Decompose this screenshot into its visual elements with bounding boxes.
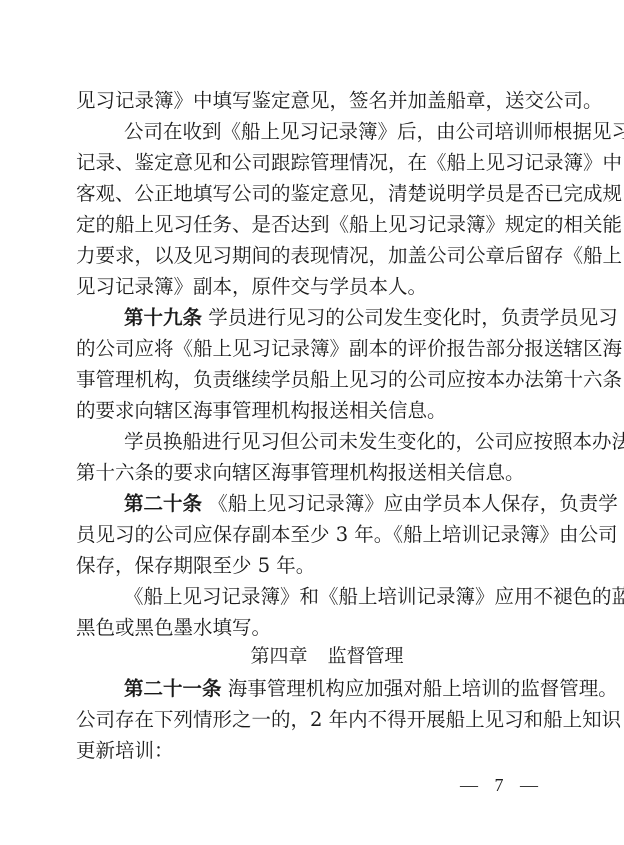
document-page: 见习记录簿》中填写鉴定意见，签名并加盖船章，送交公司。公司在收到《船上见习记录簿… bbox=[0, 0, 624, 845]
line-text: 更新培训： bbox=[76, 739, 174, 762]
text-line: 事管理机构，负责继续学员船上见习的公司应按本办法第十六条 bbox=[76, 364, 542, 395]
line-text: 学员换船进行见习但公司未发生变化的，公司应按照本办法 bbox=[124, 430, 624, 453]
page-number: — 7 — bbox=[460, 772, 544, 798]
text-line: 力要求，以及见习期间的表现情况，加盖公司公章后留存《船上 bbox=[76, 240, 542, 271]
article-paragraph-line: 第二十一条 海事管理机构应加强对船上培训的监督管理。 bbox=[76, 673, 542, 704]
text-line: 学员换船进行见习但公司未发生变化的，公司应按照本办法 bbox=[76, 426, 542, 457]
line-text: 《船上见习记录簿》和《船上培训记录簿》应用不褪色的蓝 bbox=[124, 585, 624, 608]
text-line: 定的船上见习任务、是否达到《船上见习记录簿》规定的相关能 bbox=[76, 209, 542, 240]
line-text: 保存，保存期限至少 5 年。 bbox=[76, 554, 315, 577]
text-line: 的要求向辖区海事管理机构报送相关信息。 bbox=[76, 395, 542, 426]
text-line: 黑色或黑色墨水填写。 bbox=[76, 612, 542, 643]
line-text: 第十六条的要求向辖区海事管理机构报送相关信息。 bbox=[76, 461, 525, 484]
article-number: 第十九条 bbox=[124, 306, 202, 329]
line-text: 的要求向辖区海事管理机构报送相关信息。 bbox=[76, 399, 447, 422]
text-line: 见习记录簿》中填写鉴定意见，签名并加盖船章，送交公司。 bbox=[76, 85, 542, 116]
article-paragraph-line: 第十九条 学员进行见习的公司发生变化时，负责学员见习 bbox=[76, 302, 542, 333]
line-text: 公司在收到《船上见习记录簿》后，由公司培训师根据见习 bbox=[124, 120, 624, 143]
chapter-number: 第四章 bbox=[250, 645, 307, 667]
line-text: 海事管理机构应加强对船上培训的监督管理。 bbox=[222, 677, 618, 700]
line-text: 力要求，以及见习期间的表现情况，加盖公司公章后留存《船上 bbox=[76, 244, 622, 267]
text-line: 公司在收到《船上见习记录簿》后，由公司培训师根据见习 bbox=[76, 116, 542, 147]
text-line: 见习记录簿》副本，原件交与学员本人。 bbox=[76, 271, 542, 302]
line-text: 见习记录簿》中填写鉴定意见，签名并加盖船章，送交公司。 bbox=[76, 89, 603, 112]
line-text: 记录、鉴定意见和公司跟踪管理情况，在《船上见习记录簿》中 bbox=[76, 151, 622, 174]
text-line: 《船上见习记录簿》和《船上培训记录簿》应用不褪色的蓝 bbox=[76, 581, 542, 612]
text-line: 第十六条的要求向辖区海事管理机构报送相关信息。 bbox=[76, 457, 542, 488]
line-text: 定的船上见习任务、是否达到《船上见习记录簿》规定的相关能 bbox=[76, 213, 622, 236]
text-line: 的公司应将《船上见习记录簿》副本的评价报告部分报送辖区海 bbox=[76, 333, 542, 364]
chapter-title: 监督管理 bbox=[328, 645, 404, 667]
line-text: 学员进行见习的公司发生变化时，负责学员见习 bbox=[202, 306, 618, 329]
article-number: 第二十一条 bbox=[124, 677, 222, 700]
text-line: 更新培训： bbox=[76, 735, 542, 766]
article-paragraph-line: 第二十条 《船上见习记录簿》应由学员本人保存，负责学 bbox=[76, 488, 542, 519]
text-line: 保存，保存期限至少 5 年。 bbox=[76, 550, 542, 581]
line-text: 的公司应将《船上见习记录簿》副本的评价报告部分报送辖区海 bbox=[76, 337, 622, 360]
text-line: 员见习的公司应保存副本至少 3 年。《船上培训记录簿》由公司 bbox=[76, 519, 542, 550]
line-text: 客观、公正地填写公司的鉴定意见，清楚说明学员是否已完成规 bbox=[76, 182, 622, 205]
chapter-heading: 第四章监督管理 bbox=[0, 641, 624, 672]
article-number: 第二十条 bbox=[124, 492, 202, 515]
text-line: 客观、公正地填写公司的鉴定意见，清楚说明学员是否已完成规 bbox=[76, 178, 542, 209]
line-text: 事管理机构，负责继续学员船上见习的公司应按本办法第十六条 bbox=[76, 368, 622, 391]
line-text: 黑色或黑色墨水填写。 bbox=[76, 616, 271, 639]
line-text: 公司存在下列情形之一的，2 年内不得开展船上见习和船上知识 bbox=[76, 708, 621, 731]
line-text: 见习记录簿》副本，原件交与学员本人。 bbox=[76, 275, 427, 298]
line-text: 员见习的公司应保存副本至少 3 年。《船上培训记录簿》由公司 bbox=[76, 523, 618, 546]
text-line: 公司存在下列情形之一的，2 年内不得开展船上见习和船上知识 bbox=[76, 704, 542, 735]
line-text: 《船上见习记录簿》应由学员本人保存，负责学 bbox=[202, 492, 618, 515]
text-line: 记录、鉴定意见和公司跟踪管理情况，在《船上见习记录簿》中 bbox=[76, 147, 542, 178]
